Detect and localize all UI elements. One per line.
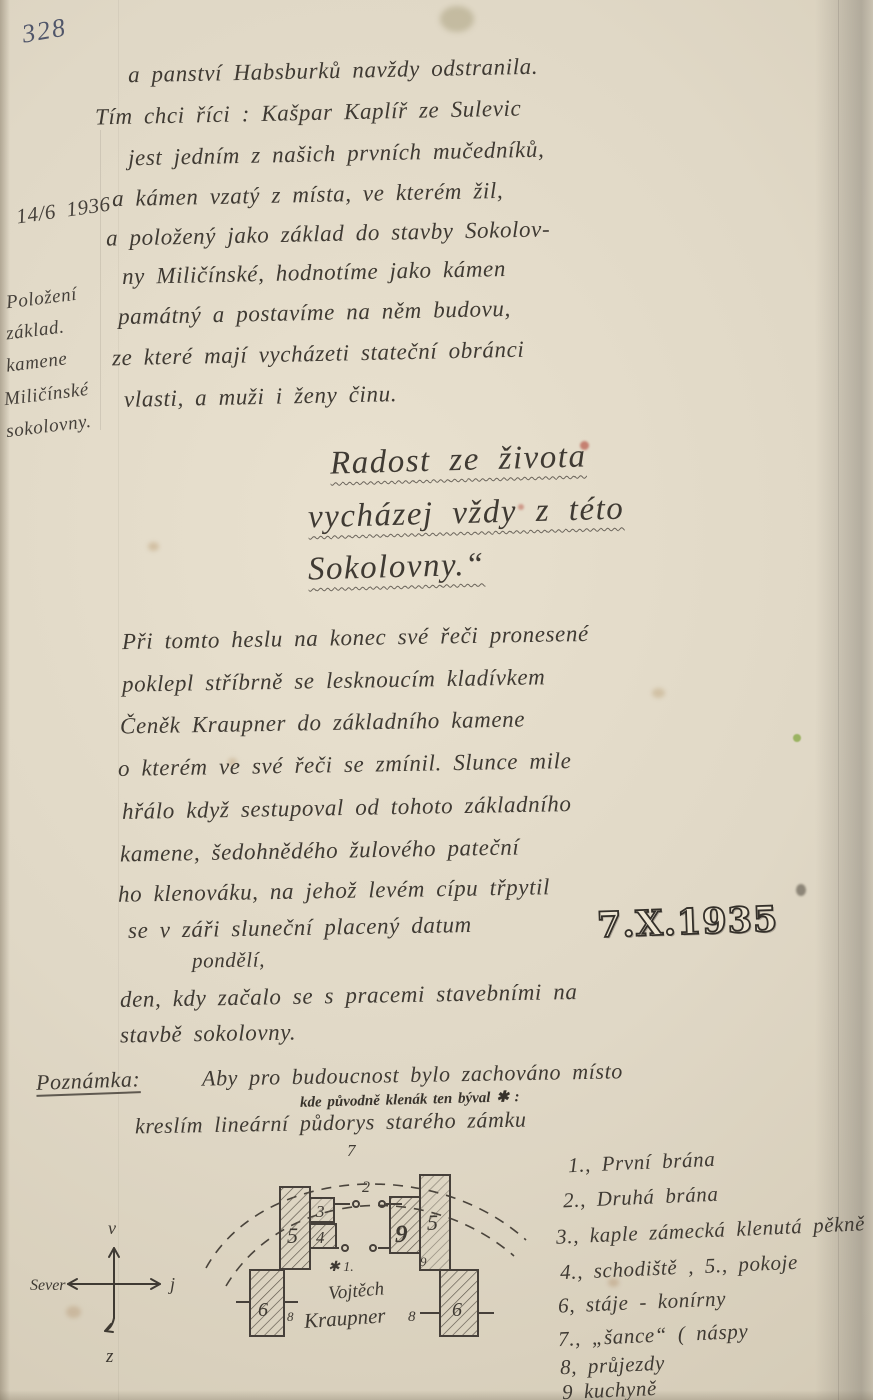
body-line: ny Miličínské, hodnotíme jako kámen: [122, 256, 506, 290]
stain: [148, 542, 159, 551]
legend-item: 6, stáje - konírny: [558, 1286, 727, 1318]
plan-label-room3: 3: [315, 1202, 325, 1221]
body-line: Čeněk Kraupner do základního kamene: [120, 706, 525, 739]
margin-note-line: kamene: [5, 348, 69, 377]
compass-label-north: Sever: [30, 1277, 66, 1294]
note-label: Poznámka:: [36, 1066, 141, 1096]
stain: [796, 884, 806, 896]
foundation-date-stamp: 7.X.1935: [596, 899, 779, 946]
body-line: a kámen vzatý z místa, ve kterém žil,: [112, 178, 504, 212]
page-number: 328: [20, 12, 70, 49]
body-line: a položený jako základ do stavby Sokolov…: [106, 216, 551, 251]
body-line: a panství Habsburků navždy odstranila.: [128, 54, 539, 89]
body-line: ze které mají vycházeti stateční obránci: [112, 337, 525, 372]
note-intro: Aby pro budoucnost bylo zachováno místo: [202, 1058, 623, 1091]
plan-label-kitchen-small: 9: [420, 1254, 427, 1269]
plan-label-stable-right: 6: [452, 1299, 462, 1321]
manuscript-page: 328 14/6 1936 Položení základ. kamene Mi…: [0, 0, 873, 1400]
plan-label-passage-right: 8: [408, 1309, 416, 1325]
plan-name-line2: Kraupner: [302, 1303, 387, 1333]
legend-item: 1., První brána: [568, 1147, 716, 1178]
body-line: den, kdy začalo se s pracemi stavebními …: [120, 979, 578, 1013]
page-bottom-edge: [0, 1390, 873, 1400]
margin-note-line: Miličínské: [3, 379, 90, 411]
plan-label-room4: 4: [316, 1228, 325, 1247]
plan-label-rampart: 7: [347, 1141, 357, 1160]
body-line: stavbě sokolovny.: [120, 1019, 297, 1048]
body-line: pondělí,: [192, 947, 265, 973]
compass-label-top: v: [108, 1218, 116, 1238]
body-line: památný a postavíme na něm budovu,: [118, 296, 511, 330]
compass-label-right: j: [168, 1274, 175, 1294]
margin-note-line: základ.: [5, 317, 66, 346]
motto-line: vycházej vždy z této: [308, 491, 625, 537]
plan-label-kitchen-big: 9: [395, 1221, 408, 1248]
margin-note-line: sokolovny.: [5, 411, 93, 443]
crease-line: [838, 0, 839, 1400]
stain: [652, 688, 665, 698]
legend-item: 7., „šance“ ( náspy: [558, 1319, 749, 1352]
legend-item: 2., Druhá brána: [563, 1182, 719, 1214]
compass-label-bottom: z: [105, 1346, 114, 1367]
body-line: se v záři sluneční placený datum: [128, 912, 472, 944]
plan-name-line1: Vojtěch: [327, 1278, 385, 1304]
legend-item: 4., schodiště , 5., pokoje: [560, 1250, 799, 1285]
body-line: o kterém ve své řeči se zmínil. Slunce m…: [118, 748, 572, 782]
body-line: kamene, šedohnědého žulového pateční: [120, 835, 520, 868]
margin-note-line: Položení: [5, 284, 78, 315]
margin-date: 14/6 1936: [15, 192, 113, 230]
stain: [793, 734, 801, 742]
plan-label-stable-left: 6: [258, 1299, 268, 1321]
compass-arrows: [68, 1248, 160, 1332]
body-line: poklepl stříbrně se lesknoucím kladívkem: [122, 664, 546, 697]
plan-label-wing-left: 5: [287, 1223, 298, 1248]
note-body: kreslím lineární půdorys starého zámku: [135, 1107, 527, 1140]
body-line: ho klenováku, na jehož levém cípu třpyti…: [118, 874, 550, 908]
page-left-edge: [0, 0, 10, 1400]
body-line: hřálo když sestupoval od tohoto základní…: [122, 791, 572, 825]
motto-line: Radost ze života: [330, 438, 587, 482]
legend-item: 9 kuchyně: [561, 1376, 657, 1400]
crease-line: [100, 130, 101, 430]
plan-label-passage-left: 8: [287, 1309, 294, 1324]
compass-rose: v z Sever j: [28, 1212, 198, 1372]
plan-label-wing-right: 5: [427, 1210, 438, 1235]
body-line: Tím chci říci : Kašpar Kaplíř ze Sulevic: [95, 96, 522, 131]
plan-foundation-mark: ✱ 1.: [328, 1260, 354, 1275]
plan-label-gate-top: 2: [362, 1179, 370, 1196]
binding-gutter-shadow: [815, 0, 873, 1400]
motto-line: Sokolovny.“: [308, 547, 486, 589]
castle-floor-plan: 7 5 3 4: [192, 1140, 542, 1370]
body-line: Při tomto heslu na konec své řeči prones…: [122, 621, 589, 655]
stain: [440, 6, 474, 32]
body-line: jest jedním z našich prvních mučedníků,: [128, 137, 545, 172]
body-line: vlasti, a muži i ženy činu.: [124, 381, 398, 413]
